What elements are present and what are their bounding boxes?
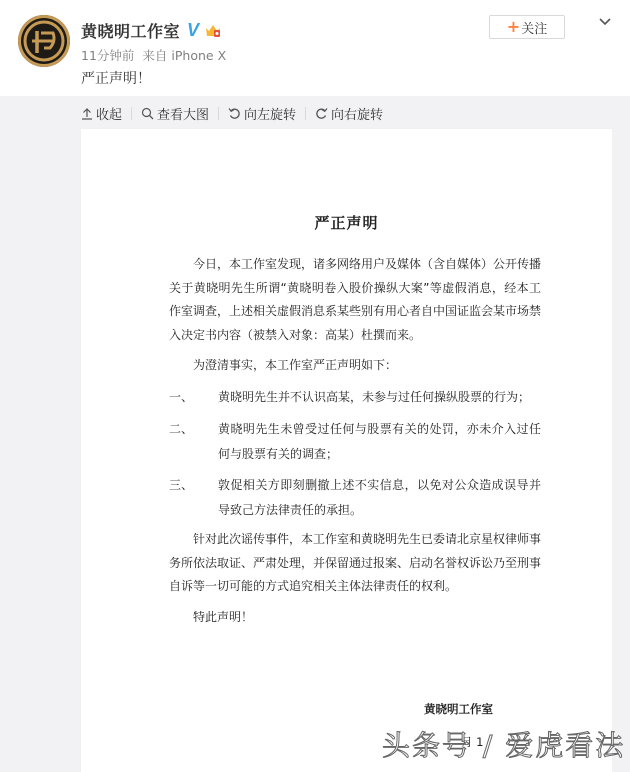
- paragraph-closing: 特此声明！: [169, 606, 541, 630]
- watermark: 头条号 / 爱虎看法: [382, 724, 625, 764]
- rotate-right-icon: [315, 107, 328, 120]
- post-source[interactable]: iPhone X: [171, 48, 226, 63]
- collapse-up-icon: [81, 107, 93, 120]
- post-time[interactable]: 11分钟前: [81, 48, 134, 63]
- plus-icon: +: [507, 19, 520, 35]
- author-row: 黄晓明工作室 V: [81, 18, 221, 42]
- statement-image[interactable]: 严正声明 今日，本工作室发现，诸多网络用户及媒体（含自媒体）公开传播关于黄晓明先…: [81, 129, 612, 772]
- follow-button[interactable]: + 关注: [489, 15, 565, 39]
- signature: 黄晓明工作室: [424, 701, 493, 717]
- document-title: 严正声明: [81, 212, 612, 233]
- source-prefix: 来自: [142, 48, 167, 63]
- rotate-left-button[interactable]: 向左旋转: [228, 104, 296, 123]
- divider: [305, 107, 306, 120]
- collapse-button[interactable]: 收起: [81, 104, 122, 123]
- verified-icon[interactable]: V: [187, 20, 199, 41]
- view-large-label: 查看大图: [157, 104, 209, 123]
- follow-label: 关注: [521, 18, 547, 37]
- list-text: 黄晓明先生并不认识高某，未参与过任何操纵股票的行为；: [218, 385, 541, 410]
- paragraph-legal: 针对此次谣传事件，本工作室和黄晓明先生已委请北京星权律师事务所依法取证、严肃处理…: [169, 528, 541, 599]
- list-number: 一、: [169, 385, 209, 410]
- list-item: 二、 黄晓明先生未曾受过任何与股票有关的处罚，亦未介入过任何与股票有关的调查；: [169, 417, 541, 467]
- magnifier-icon: [141, 107, 154, 120]
- rotate-right-label: 向右旋转: [331, 104, 383, 123]
- list-number: 三、: [169, 473, 209, 498]
- avatar[interactable]: [18, 15, 70, 67]
- list-item: 三、 敦促相关方即刻删撤上述不实信息，以免对公众造成误导并导致己方法律责任的承担…: [169, 473, 541, 523]
- right-margin: [612, 129, 630, 772]
- list-number: 二、: [169, 417, 209, 442]
- divider: [218, 107, 219, 120]
- list-text: 敦促相关方即刻删撤上述不实信息，以免对公众造成误导并导致己方法律责任的承担。: [218, 473, 541, 523]
- collapse-label: 收起: [96, 104, 122, 123]
- rotate-left-label: 向左旋转: [244, 104, 296, 123]
- studio-logo-icon: [18, 15, 70, 67]
- view-large-button[interactable]: 查看大图: [141, 104, 209, 123]
- divider: [131, 107, 132, 120]
- chevron-down-icon[interactable]: [596, 13, 614, 31]
- post-meta: 11分钟前 来自iPhone X: [81, 46, 230, 64]
- list-item: 一、 黄晓明先生并不认识高某，未参与过任何操纵股票的行为；: [169, 385, 541, 410]
- post-text: 严正声明！: [81, 68, 151, 88]
- rotate-left-icon: [228, 107, 241, 120]
- post-header: 黄晓明工作室 V 11分钟前 来自iPhone X 严正声明！ + 关注: [0, 0, 630, 96]
- list-text: 黄晓明先生未曾受过任何与股票有关的处罚，亦未介入过任何与股票有关的调查；: [218, 417, 541, 467]
- paragraph-intro: 今日，本工作室发现，诸多网络用户及媒体（含自媒体）公开传播关于黄晓明先生所谓“黄…: [169, 253, 541, 347]
- rotate-right-button[interactable]: 向右旋转: [315, 104, 383, 123]
- paragraph-clarify: 为澄清事实，本工作室严正声明如下：: [169, 354, 541, 378]
- author-name[interactable]: 黄晓明工作室: [81, 19, 180, 42]
- vip-crown-icon[interactable]: [205, 22, 221, 38]
- image-toolbar: 收起 查看大图 向左旋转 向右旋转: [81, 103, 383, 123]
